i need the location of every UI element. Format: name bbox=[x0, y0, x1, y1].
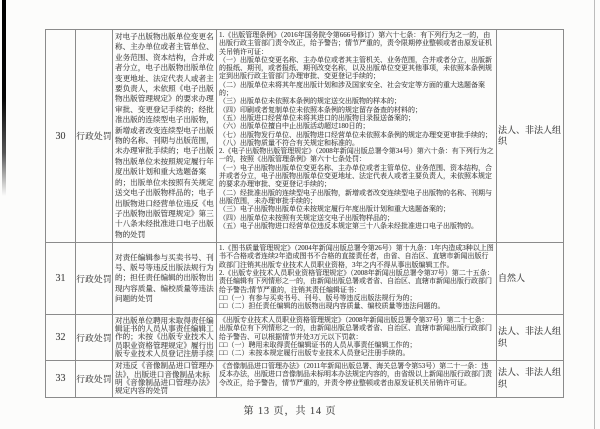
legal-basis-cell: 1.《图书质量管理规定》（2004年新闻出版总署令第26号）第十九条：1年内造成… bbox=[217, 243, 497, 315]
violation-description-text: 对违反《音像制品进口管理办法》，出版进口音像制品未标明《音像制品进口管理办法》规… bbox=[115, 362, 214, 396]
row-number-cell: 32 bbox=[46, 315, 76, 361]
table-row: 33 行政处罚 对违反《音像制品进口管理办法》，出版进口音像制品未标明《音像制品… bbox=[46, 361, 564, 398]
table-row: 30 行政处罚 对电子出版物出版单位变更名称、主办单位或者主管单位、业务范围、资… bbox=[46, 30, 564, 243]
violation-description-text: 对出版单位聘用未取得责任编辑证书的人员从事责任编辑工作的；未按《出版专业技术人员… bbox=[115, 317, 214, 359]
penalty-table: 30 行政处罚 对电子出版物出版单位变更名称、主办单位或者主管单位、业务范围、资… bbox=[45, 29, 564, 398]
penalty-type-cell: 行政处罚 bbox=[76, 361, 113, 398]
page-footer: 第 13 页，共 14 页 bbox=[0, 402, 580, 417]
row-number-cell: 31 bbox=[46, 243, 76, 315]
scan-artifact-right-line bbox=[594, 0, 595, 429]
penalty-type-cell: 行政处罚 bbox=[76, 30, 113, 243]
table-row: 32 行政处罚 对出版单位聘用未取得责任编辑证书的人员从事责任编辑工作的；未按《… bbox=[46, 315, 564, 361]
applicable-subject-cell: 法人、非法人组织 bbox=[497, 30, 564, 243]
violation-description-cell: 对违反《音像制品进口管理办法》，出版进口音像制品未标明《音像制品进口管理办法》规… bbox=[113, 361, 217, 398]
penalty-type-cell: 行政处罚 bbox=[76, 243, 113, 315]
violation-description-text: 对责任编辑参与买卖书号、刊号、版号等违反出版法规行为的；担任责任编辑的出版物出现… bbox=[115, 253, 214, 305]
penalty-type-cell: 行政处罚 bbox=[76, 315, 113, 361]
table-row: 31 行政处罚 对责任编辑参与买卖书号、刊号、版号等违反出版法规行为的；担任责任… bbox=[46, 243, 564, 315]
applicable-subject-cell: 自然人 bbox=[497, 243, 564, 315]
row-number-cell: 30 bbox=[46, 30, 76, 243]
row-number-cell: 33 bbox=[46, 361, 76, 398]
scanned-document-page: 30 行政处罚 对电子出版物出版单位变更名称、主办单位或者主管单位、业务范围、资… bbox=[0, 0, 600, 429]
legal-basis-cell: 《音像制品进口管理办法》（2011年新闻出版总署、海关总署令第53号）第二十一条… bbox=[217, 361, 497, 398]
scan-artifact-left-line bbox=[2, 0, 6, 196]
applicable-subject-cell: 法人、非法人组织 bbox=[497, 361, 564, 398]
violation-description-cell: 对出版单位聘用未取得责任编辑证书的人员从事责任编辑工作的；未按《出版专业技术人员… bbox=[113, 315, 217, 361]
violation-description-cell: 对电子出版物出版单位变更名称、主办单位或者主管单位、业务范围、资本结构，合并或者… bbox=[113, 30, 217, 243]
legal-basis-cell: 《出版专业技术人员职业资格管理规定》（2008年新闻出版总署令第37号）第二十七… bbox=[217, 315, 497, 361]
violation-description-cell: 对责任编辑参与买卖书号、刊号、版号等违反出版法规行为的；担任责任编辑的出版物出现… bbox=[113, 243, 217, 315]
legal-basis-cell: 1.《出版管理条例》（2016年国务院令第666号修订）第六十七条：有下列行为之… bbox=[217, 30, 497, 243]
applicable-subject-cell: 法人、非法人组织 bbox=[497, 315, 564, 361]
violation-description-text: 对电子出版物出版单位变更名称、主办单位或者主管单位、业务范围、资本结构，合并或者… bbox=[115, 32, 214, 240]
